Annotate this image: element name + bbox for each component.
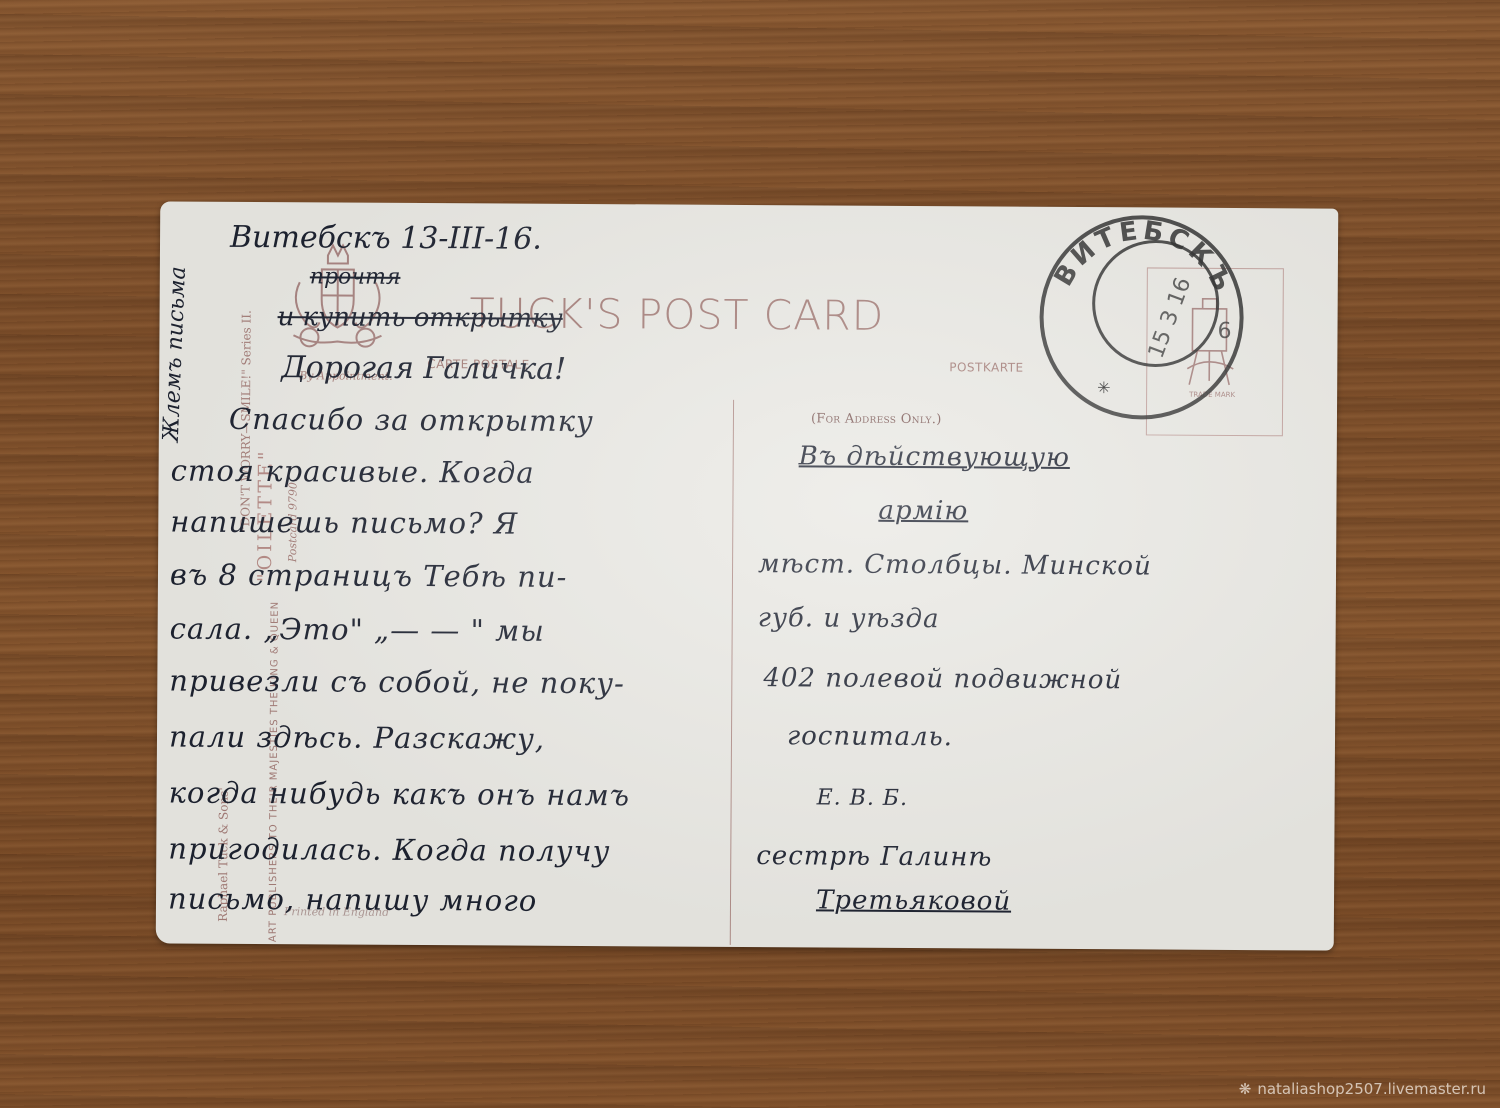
message-line: стоя красивые. Когда <box>171 453 535 489</box>
message-line: пали здѣсь. Разскажу, <box>169 719 545 755</box>
address-only-label: (For Address Only.) <box>811 411 942 427</box>
svg-text:6: 6 <box>1217 319 1231 344</box>
address-line: 402 полевой подвижной <box>763 663 1122 695</box>
message-line: сала. „Это" „— — " мы <box>170 611 545 647</box>
svg-text:✳: ✳ <box>1097 378 1111 397</box>
crossed-line-1: прочтя <box>310 264 401 290</box>
address-line: Е. В. Б. <box>817 785 909 811</box>
address-line: мѣст. Столбцы. Минской <box>758 549 1152 581</box>
address-line: Третьяковой <box>816 885 1011 916</box>
message-line: въ 8 страницъ Тебѣ пи- <box>170 557 568 593</box>
watermark-text: nataliashop2507.livemaster.ru <box>1257 1080 1486 1098</box>
postkarte-label: POSTKARTE <box>949 360 1023 374</box>
address-line: армію <box>878 496 968 527</box>
divider-line <box>730 400 734 945</box>
message-line: привезли съ собой, не поку- <box>169 663 625 700</box>
address-line: госпиталь. <box>787 721 953 752</box>
message-line: письмо, напишу много <box>168 881 538 917</box>
watermark: ❋ nataliashop2507.livemaster.ru <box>1239 1080 1486 1098</box>
snowflake-ornament-icon: ❋ <box>1239 1080 1252 1098</box>
message-line: Спасибо за открытку <box>229 402 594 438</box>
svg-text:ВИТЕБСКЪ: ВИТЕБСКЪ <box>1049 215 1240 299</box>
address-line: губ. и уѣзда <box>758 603 940 634</box>
postcard: TUCK'S POST CARD CARTE POSTALE POSTKARTE… <box>156 201 1339 950</box>
message-line: когда нибудь какъ онъ намъ <box>169 775 631 812</box>
postmark-stamp: ВИТЕБСКЪ 15 3 16 6 ✳ <box>1031 207 1252 428</box>
greeting: Дорогая Галичка! <box>281 350 566 387</box>
message-line: пригодилась. Когда получу <box>168 831 610 868</box>
message-line: напишешь письмо? Я <box>170 504 518 540</box>
svg-text:15 3 16: 15 3 16 <box>1144 274 1197 361</box>
handwriting-header: Витебскъ 13-III-16. <box>230 220 542 257</box>
side-note: Жлемъ письма <box>159 266 191 443</box>
crossed-line-2: и купить открытку <box>277 302 562 334</box>
address-line: Въ дѣйствующую <box>799 441 1070 473</box>
address-line: сестрѣ Галинѣ <box>756 841 992 872</box>
